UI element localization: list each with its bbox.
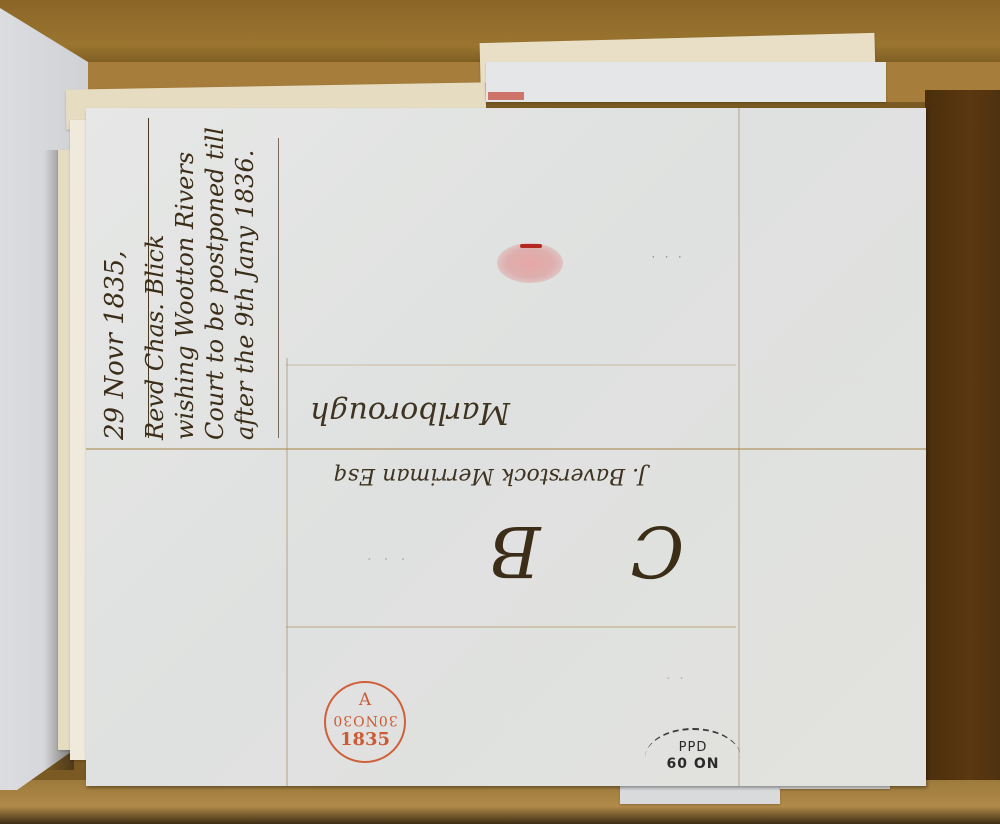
red-seal-fragment xyxy=(488,92,524,100)
wax-seal-residue xyxy=(497,243,563,283)
docket-date: 29 Novr 1835, xyxy=(100,110,130,440)
faint-postmark: · · · xyxy=(365,550,407,566)
fold-crease xyxy=(86,448,926,450)
address-recipient: J. Baverstock Merriman Esq xyxy=(280,463,700,488)
fold-crease xyxy=(286,364,736,366)
docket-line: Court to be postponed till xyxy=(200,110,230,440)
postmark-letter: A xyxy=(326,689,404,711)
faint-postmark: · · xyxy=(665,672,685,685)
docket-line: Revd Chas. Blick xyxy=(140,110,170,440)
fold-crease xyxy=(286,358,288,786)
postmark-text: PPD xyxy=(645,740,741,756)
postmark-date: 30NO30 xyxy=(326,711,404,729)
archive-box-right-wall xyxy=(925,90,1000,824)
red-postmark: A 30NO30 1835 xyxy=(324,681,406,763)
fold-crease xyxy=(286,626,736,628)
wax-seal-mark xyxy=(520,244,542,248)
background-letter xyxy=(486,62,886,102)
faint-postmark: · · · xyxy=(650,250,683,263)
docket-line: after the 9th Jany 1836. xyxy=(230,110,260,440)
postmark-year: 1835 xyxy=(326,729,404,751)
docket-note: 29 Novr 1835, Revd Chas. Blick wishing W… xyxy=(100,110,260,440)
postmark-text: 60 ON xyxy=(645,756,741,772)
sender-initials: C B xyxy=(455,510,684,592)
docket-rule xyxy=(278,138,279,438)
address-town: Marlborough xyxy=(290,395,530,430)
black-postmark: PPD 60 ON xyxy=(645,728,741,788)
fold-crease xyxy=(738,108,740,786)
docket-line: wishing Wootton Rivers xyxy=(170,110,200,440)
